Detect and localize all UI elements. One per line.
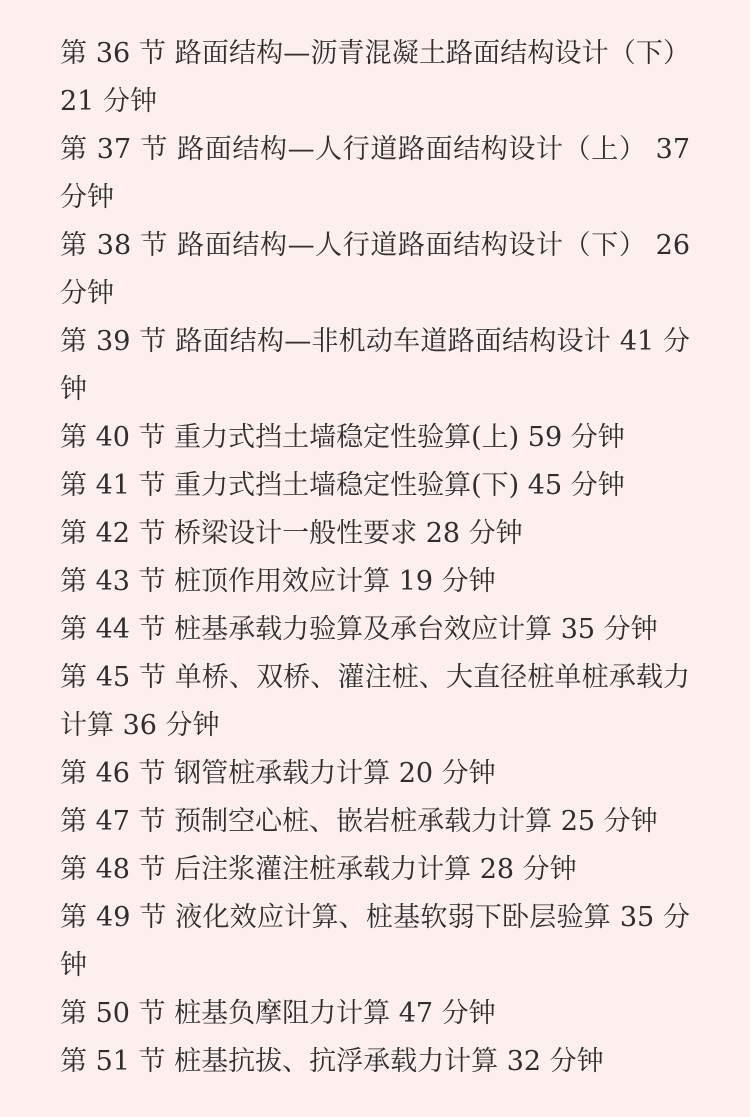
course-section-item: 第 45 节 单桥、双桥、灌注桩、大直径桩单桩承载力计算 36 分钟 [60,654,690,750]
section-title: 预制空心桩、嵌岩桩承载力计算 [174,806,552,837]
section-duration: 45 分钟 [528,470,625,501]
section-label: 第 39 节 [60,326,166,357]
section-title: 桩顶作用效应计算 [174,566,390,597]
section-title: 桩基承载力验算及承台效应计算 [174,614,552,645]
course-section-item: 第 48 节 后注浆灌注桩承载力计算 28 分钟 [60,846,690,894]
section-label: 第 36 节 [60,38,166,69]
section-label: 第 46 节 [60,758,166,789]
section-title: 桥梁设计一般性要求 [174,518,417,549]
section-duration: 47 分钟 [399,998,496,1029]
section-label: 第 42 节 [60,518,166,549]
section-duration: 28 分钟 [426,518,523,549]
section-duration: 35 分钟 [561,614,658,645]
course-section-item: 第 46 节 钢管桩承载力计算 20 分钟 [60,750,690,798]
section-duration: 25 分钟 [561,806,658,837]
section-title: 后注浆灌注桩承载力计算 [174,854,471,885]
course-section-item: 第 50 节 桩基负摩阻力计算 47 分钟 [60,990,690,1038]
section-title: 桩基负摩阻力计算 [174,998,390,1029]
section-duration: 59 分钟 [528,422,625,453]
section-title: 液化效应计算、桩基软弱下卧层验算 [175,902,611,933]
section-duration: 20 分钟 [399,758,496,789]
section-duration: 36 分钟 [123,710,220,741]
section-label: 第 38 节 [60,230,168,261]
course-section-item: 第 41 节 重力式挡土墙稳定性验算(下) 45 分钟 [60,462,690,510]
section-duration: 32 分钟 [507,1046,604,1077]
section-label: 第 48 节 [60,854,166,885]
section-label: 第 51 节 [60,1046,166,1077]
section-label: 第 41 节 [60,470,166,501]
course-section-item: 第 42 节 桥梁设计一般性要求 28 分钟 [60,510,690,558]
section-title: 钢管桩承载力计算 [174,758,390,789]
course-section-item: 第 37 节 路面结构—人行道路面结构设计（上） 37 分钟 [60,126,690,222]
section-label: 第 45 节 [60,662,166,693]
course-section-item: 第 40 节 重力式挡土墙稳定性验算(上) 59 分钟 [60,414,690,462]
section-duration: 19 分钟 [399,566,496,597]
course-section-item: 第 44 节 桩基承载力验算及承台效应计算 35 分钟 [60,606,690,654]
section-title: 桩基抗拔、抗浮承载力计算 [174,1046,498,1077]
course-section-item: 第 51 节 桩基抗拔、抗浮承载力计算 32 分钟 [60,1038,690,1086]
course-section-item: 第 36 节 路面结构—沥青混凝土路面结构设计（下） 21 分钟 [60,30,690,126]
section-title: 路面结构—沥青混凝土路面结构设计（下） [175,38,690,69]
course-outline-page: 第 36 节 路面结构—沥青混凝土路面结构设计（下） 21 分钟 第 37 节 … [0,0,750,1117]
course-section-item: 第 43 节 桩顶作用效应计算 19 分钟 [60,558,690,606]
course-section-item: 第 38 节 路面结构—人行道路面结构设计（下） 26 分钟 [60,222,690,318]
course-section-item: 第 47 节 预制空心桩、嵌岩桩承载力计算 25 分钟 [60,798,690,846]
section-label: 第 47 节 [60,806,166,837]
section-label: 第 49 节 [60,902,166,933]
section-label: 第 37 节 [60,134,168,165]
course-section-item: 第 49 节 液化效应计算、桩基软弱下卧层验算 35 分钟 [60,894,690,990]
section-label: 第 40 节 [60,422,166,453]
section-label: 第 44 节 [60,614,166,645]
section-title: 重力式挡土墙稳定性验算(下) [174,470,519,501]
section-title: 路面结构—人行道路面结构设计（下） [177,230,646,261]
section-duration: 28 分钟 [480,854,577,885]
course-section-item: 第 39 节 路面结构—非机动车道路面结构设计 41 分钟 [60,318,690,414]
section-label: 第 50 节 [60,998,166,1029]
section-title: 路面结构—人行道路面结构设计（上） [177,134,646,165]
section-title: 重力式挡土墙稳定性验算(上) [174,422,519,453]
section-title: 路面结构—非机动车道路面结构设计 [175,326,611,357]
section-duration: 21 分钟 [60,86,157,117]
section-label: 第 43 节 [60,566,166,597]
